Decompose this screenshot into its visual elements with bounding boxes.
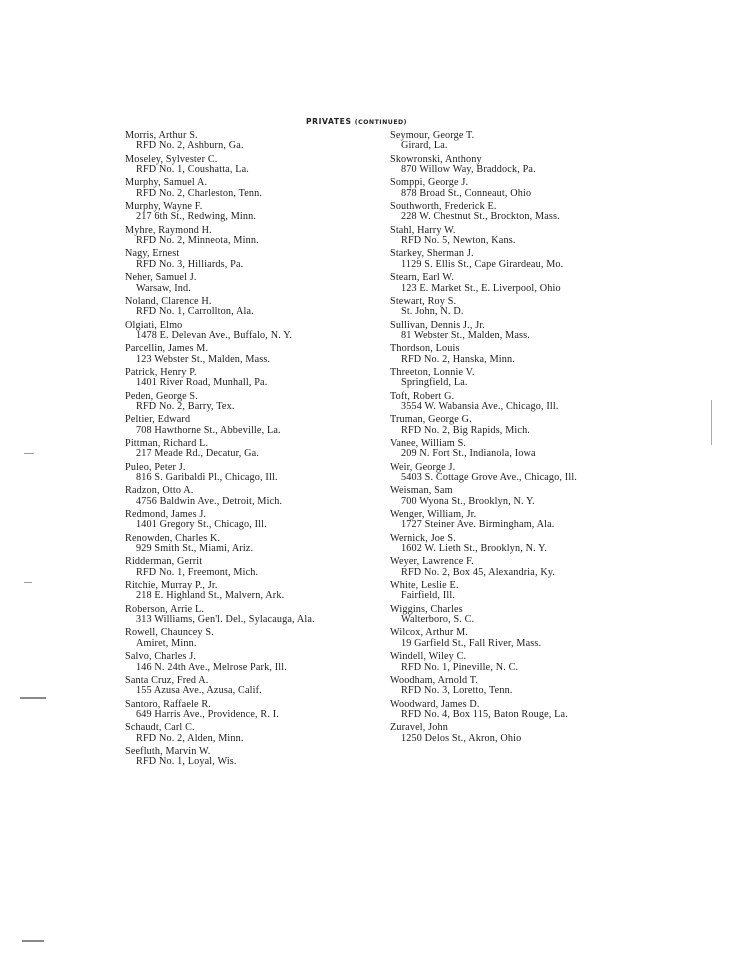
list-item: Starkey, Sherman J.1129 S. Ellis St., Ca…: [390, 249, 690, 273]
list-item: Toft, Robert G.3554 W. Wabansia Ave., Ch…: [390, 392, 690, 416]
person-address: 816 S. Garibaldi Pl., Chicago, Ill.: [125, 473, 385, 483]
list-item: Stewart, Roy S.St. John, N. D.: [390, 297, 690, 321]
list-item: Puleo, Peter J.816 S. Garibaldi Pl., Chi…: [125, 463, 385, 487]
person-address: 209 N. Fort St., Indianola, Iowa: [390, 449, 690, 459]
list-item: Weyer, Lawrence F.RFD No. 2, Box 45, Ale…: [390, 557, 690, 581]
scan-mark: [711, 400, 712, 445]
person-address: Fairfield, Ill.: [390, 591, 690, 601]
person-address: 700 Wyona St., Brooklyn, N. Y.: [390, 497, 690, 507]
list-item: Schaudt, Carl C.RFD No. 2, Alden, Minn.: [125, 723, 385, 747]
list-item: Weir, George J.5403 S. Cottage Grove Ave…: [390, 463, 690, 487]
person-address: RFD No. 1, Carrollton, Ala.: [125, 307, 385, 317]
scan-mark: [22, 940, 44, 942]
list-item: Santa Cruz, Fred A.155 Azusa Ave., Azusa…: [125, 676, 385, 700]
list-item: Rowell, Chauncey S.Amiret, Minn.: [125, 628, 385, 652]
person-address: 1129 S. Ellis St., Cape Girardeau, Mo.: [390, 260, 690, 270]
person-name: Salvo, Charles J.: [125, 652, 385, 662]
list-item: Santoro, Raffaele R.649 Harris Ave., Pro…: [125, 700, 385, 724]
person-address: 878 Broad St., Conneaut, Ohio: [390, 189, 690, 199]
person-address: RFD No. 3, Loretto, Tenn.: [390, 686, 690, 696]
person-address: St. John, N. D.: [390, 307, 690, 317]
list-item: Wiggins, CharlesWalterboro, S. C.: [390, 605, 690, 629]
list-item: Vanee, William S.209 N. Fort St., Indian…: [390, 439, 690, 463]
person-address: 870 Willow Way, Braddock, Pa.: [390, 165, 690, 175]
person-address: RFD No. 2, Minneota, Minn.: [125, 236, 385, 246]
person-address: Amiret, Minn.: [125, 639, 385, 649]
person-address: Girard, La.: [390, 141, 690, 151]
list-item: Noland, Clarence H.RFD No. 1, Carrollton…: [125, 297, 385, 321]
person-address: 155 Azusa Ave., Azusa, Calif.: [125, 686, 385, 696]
section-subtitle: (CONTINUED): [355, 119, 407, 126]
person-address: RFD No. 2, Hanska, Minn.: [390, 355, 690, 365]
list-item: Radzon, Otto A.4756 Baldwin Ave., Detroi…: [125, 486, 385, 510]
person-address: RFD No. 1, Freemont, Mich.: [125, 568, 385, 578]
list-item: Zuravel, John1250 Delos St., Akron, Ohio: [390, 723, 690, 747]
list-item: Seymour, George T.Girard, La.: [390, 131, 690, 155]
person-address: RFD No. 3, Hilliards, Pa.: [125, 260, 385, 270]
list-item: Pittman, Richard L.217 Meade Rd., Decatu…: [125, 439, 385, 463]
list-item: Southworth, Frederick E.228 W. Chestnut …: [390, 202, 690, 226]
person-address: Springfield, La.: [390, 378, 690, 388]
person-address: 5403 S. Cottage Grove Ave., Chicago, Ill…: [390, 473, 690, 483]
person-name: Neher, Samuel J.: [125, 273, 385, 283]
person-address: 123 E. Market St., E. Liverpool, Ohio: [390, 284, 690, 294]
person-address: 4756 Baldwin Ave., Detroit, Mich.: [125, 497, 385, 507]
list-item: Wilcox, Arthur M.19 Garfield St., Fall R…: [390, 628, 690, 652]
person-address: 1727 Steiner Ave. Birmingham, Ala.: [390, 520, 690, 530]
section-header: PRIVATES (CONTINUED): [306, 117, 407, 126]
list-item: Neher, Samuel J.Warsaw, Ind.: [125, 273, 385, 297]
scan-mark: [24, 453, 34, 454]
person-address: 1478 E. Delevan Ave., Buffalo, N. Y.: [125, 331, 385, 341]
person-address: 19 Garfield St., Fall River, Mass.: [390, 639, 690, 649]
list-item: Myhre, Raymond H.RFD No. 2, Minneota, Mi…: [125, 226, 385, 250]
scan-mark: [24, 582, 32, 583]
list-item: Moseley, Sylvester C.RFD No. 1, Coushatt…: [125, 155, 385, 179]
person-address: 708 Hawthorne St., Abbeville, La.: [125, 426, 385, 436]
list-item: Peltier, Edward708 Hawthorne St., Abbevi…: [125, 415, 385, 439]
person-address: RFD No. 2, Barry, Tex.: [125, 402, 385, 412]
person-address: 1250 Delos St., Akron, Ohio: [390, 734, 690, 744]
person-address: 649 Harris Ave., Providence, R. I.: [125, 710, 385, 720]
section-title: PRIVATES: [306, 117, 352, 126]
list-item: Woodham, Arnold T.RFD No. 3, Loretto, Te…: [390, 676, 690, 700]
list-item: Salvo, Charles J.146 N. 24th Ave., Melro…: [125, 652, 385, 676]
list-item: Murphy, Wayne F.217 6th St., Redwing, Mi…: [125, 202, 385, 226]
person-address: 218 E. Highland St., Malvern, Ark.: [125, 591, 385, 601]
person-name: Windell, Wiley C.: [390, 652, 690, 662]
list-item: Morris, Arthur S.RFD No. 2, Ashburn, Ga.: [125, 131, 385, 155]
person-address: RFD No. 2, Big Rapids, Mich.: [390, 426, 690, 436]
list-item: Sullivan, Dennis J., Jr.81 Webster St., …: [390, 321, 690, 345]
list-item: Ridderman, GerritRFD No. 1, Freemont, Mi…: [125, 557, 385, 581]
list-item: Olgiati, Elmo1478 E. Delevan Ave., Buffa…: [125, 321, 385, 345]
list-item: Wenger, William, Jr.1727 Steiner Ave. Bi…: [390, 510, 690, 534]
list-item: Nagy, ErnestRFD No. 3, Hilliards, Pa.: [125, 249, 385, 273]
person-address: RFD No. 4, Box 115, Baton Rouge, La.: [390, 710, 690, 720]
person-address: 146 N. 24th Ave., Melrose Park, Ill.: [125, 663, 385, 673]
list-item: Skowronski, Anthony870 Willow Way, Bradd…: [390, 155, 690, 179]
person-address: Walterboro, S. C.: [390, 615, 690, 625]
list-item: Murphy, Samuel A.RFD No. 2, Charleston, …: [125, 178, 385, 202]
list-item: Stahl, Harry W.RFD No. 5, Newton, Kans.: [390, 226, 690, 250]
person-address: Warsaw, Ind.: [125, 284, 385, 294]
person-address: 1602 W. Lieth St., Brooklyn, N. Y.: [390, 544, 690, 554]
list-item: Somppi, George J.878 Broad St., Conneaut…: [390, 178, 690, 202]
list-item: Peden, George S.RFD No. 2, Barry, Tex.: [125, 392, 385, 416]
person-address: RFD No. 1, Loyal, Wis.: [125, 757, 385, 767]
list-item: Redmond, James J.1401 Gregory St., Chica…: [125, 510, 385, 534]
right-column: Seymour, George T.Girard, La.Skowronski,…: [390, 131, 690, 747]
list-item: Stearn, Earl W.123 E. Market St., E. Liv…: [390, 273, 690, 297]
person-address: RFD No. 2, Charleston, Tenn.: [125, 189, 385, 199]
list-item: Woodward, James D.RFD No. 4, Box 115, Ba…: [390, 700, 690, 724]
list-item: Renowden, Charles K.929 Smith St., Miami…: [125, 534, 385, 558]
person-address: 217 Meade Rd., Decatur, Ga.: [125, 449, 385, 459]
person-address: 228 W. Chestnut St., Brockton, Mass.: [390, 212, 690, 222]
person-address: 1401 River Road, Munhall, Pa.: [125, 378, 385, 388]
list-item: Weisman, Sam700 Wyona St., Brooklyn, N. …: [390, 486, 690, 510]
list-item: Truman, George G.RFD No. 2, Big Rapids, …: [390, 415, 690, 439]
list-item: Seefluth, Marvin W.RFD No. 1, Loyal, Wis…: [125, 747, 385, 771]
person-address: 3554 W. Wabansia Ave., Chicago, Ill.: [390, 402, 690, 412]
list-item: White, Leslie E.Fairfield, Ill.: [390, 581, 690, 605]
person-address: RFD No. 5, Newton, Kans.: [390, 236, 690, 246]
person-address: 313 Williams, Gen'l. Del., Sylacauga, Al…: [125, 615, 385, 625]
person-address: 1401 Gregory St., Chicago, Ill.: [125, 520, 385, 530]
person-address: RFD No. 1, Pineville, N. C.: [390, 663, 690, 673]
person-address: RFD No. 2, Alden, Minn.: [125, 734, 385, 744]
list-item: Wernick, Joe S.1602 W. Lieth St., Brookl…: [390, 534, 690, 558]
list-item: Ritchie, Murray P., Jr.218 E. Highland S…: [125, 581, 385, 605]
person-address: RFD No. 2, Box 45, Alexandria, Ky.: [390, 568, 690, 578]
person-name: Stearn, Earl W.: [390, 273, 690, 283]
scan-mark: [20, 697, 46, 699]
list-item: Roberson, Arrie L.313 Williams, Gen'l. D…: [125, 605, 385, 629]
person-address: 123 Webster St., Malden, Mass.: [125, 355, 385, 365]
person-address: 217 6th St., Redwing, Minn.: [125, 212, 385, 222]
list-item: Parcellin, James M.123 Webster St., Mald…: [125, 344, 385, 368]
list-item: Thordson, LouisRFD No. 2, Hanska, Minn.: [390, 344, 690, 368]
list-item: Patrick, Henry P.1401 River Road, Munhal…: [125, 368, 385, 392]
person-address: RFD No. 1, Coushatta, La.: [125, 165, 385, 175]
left-column: Morris, Arthur S.RFD No. 2, Ashburn, Ga.…: [125, 131, 385, 771]
list-item: Windell, Wiley C.RFD No. 1, Pineville, N…: [390, 652, 690, 676]
person-address: 929 Smith St., Miami, Ariz.: [125, 544, 385, 554]
person-address: RFD No. 2, Ashburn, Ga.: [125, 141, 385, 151]
person-address: 81 Webster St., Malden, Mass.: [390, 331, 690, 341]
list-item: Threeton, Lonnie V.Springfield, La.: [390, 368, 690, 392]
